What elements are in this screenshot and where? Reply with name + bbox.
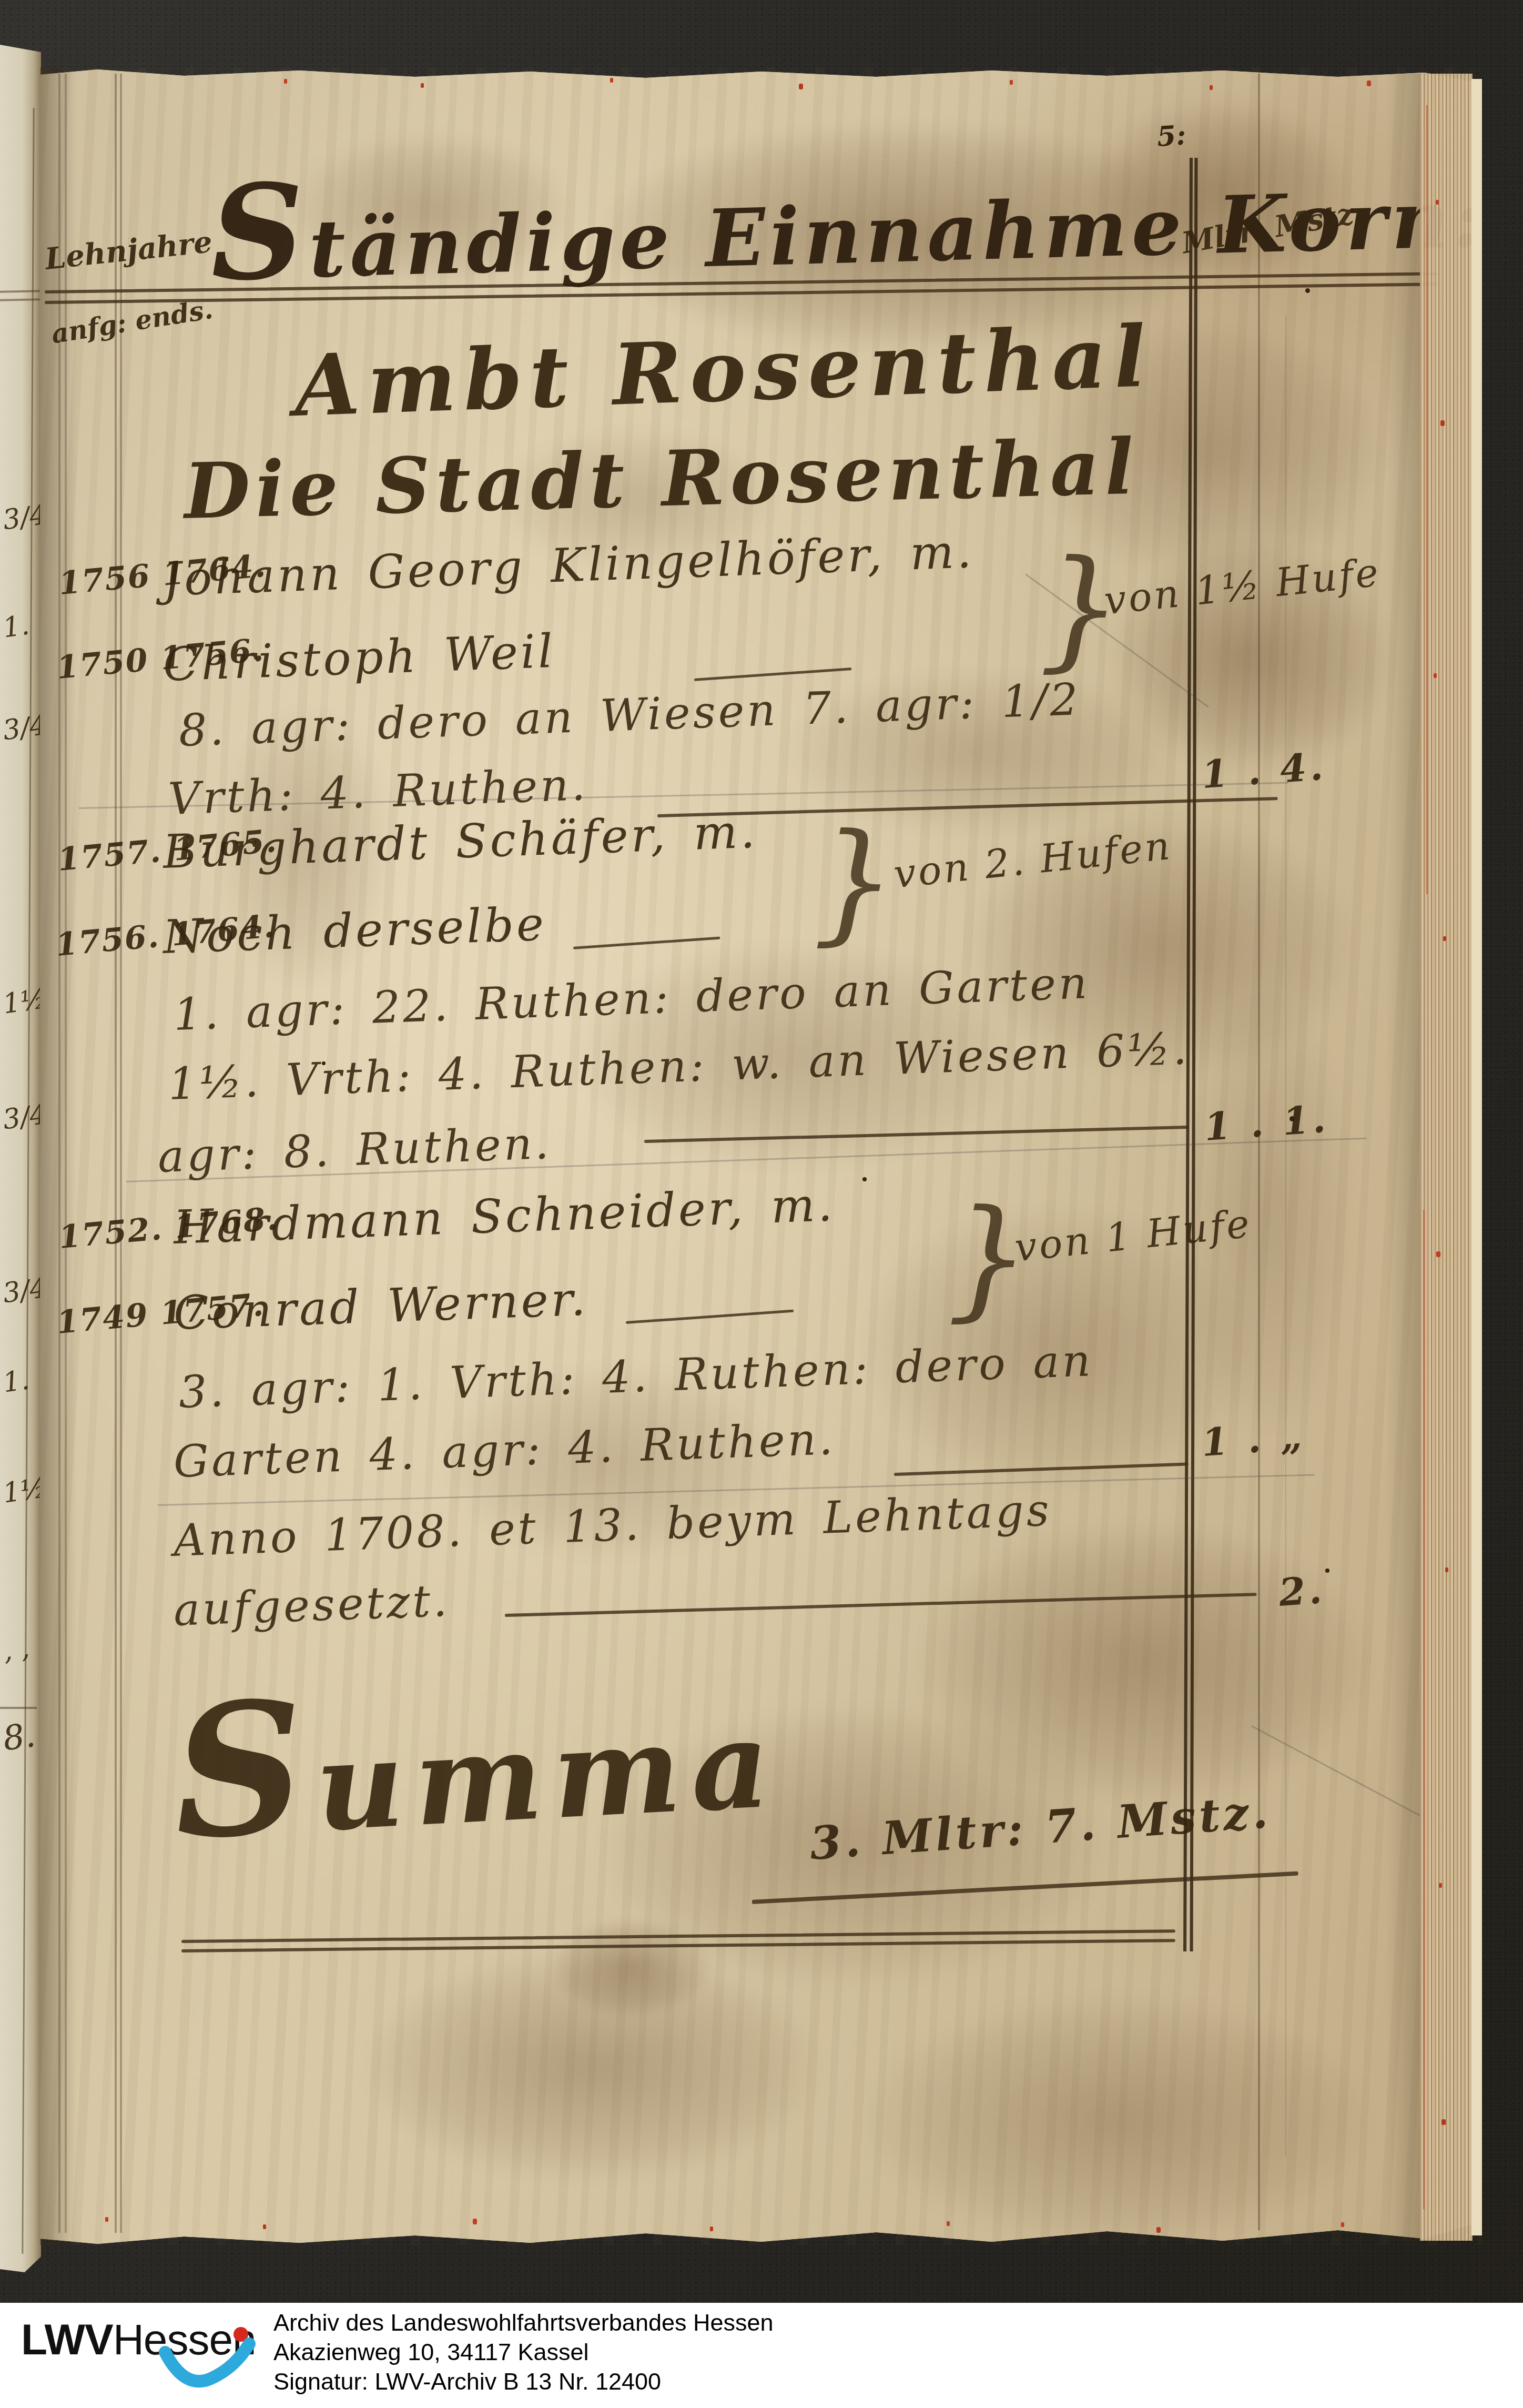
ink-dot <box>1290 1116 1295 1121</box>
archive-signature: Signatur: LWV-Archiv B 13 Nr. 12400 <box>273 2367 774 2396</box>
page-curl-shadow <box>1386 74 1423 2241</box>
margin-rule <box>0 1707 37 1709</box>
scanned-archive-photo: { "page": { "folio": "5:", "header": { "… <box>0 0 1523 2408</box>
margin-fraction: 3/4. <box>1 500 42 537</box>
margin-fraction: 1. <box>1 1363 42 1399</box>
margin-fraction: ‚ ‚ <box>1 1631 42 1667</box>
entry-amount: 1 . 4. <box>1200 744 1327 797</box>
margin-fraction: 1½. <box>1 984 42 1020</box>
margin-fraction: 8. <box>1 1715 43 1759</box>
adjacent-page-edge <box>0 45 41 2272</box>
ink-dot <box>1325 1569 1329 1573</box>
ruled-line-vertical <box>58 74 60 2233</box>
logo-swoosh-icon <box>156 2338 261 2395</box>
entry-amount: 1 . „ <box>1200 1413 1306 1465</box>
ruled-line-vertical <box>115 74 117 2233</box>
archive-address-block: Archiv des Landeswohlfahrtsverbandes Hes… <box>273 2308 774 2396</box>
red-edge-tint <box>1426 105 1428 894</box>
brace: } <box>813 805 896 958</box>
margin-fraction: 1½. <box>1 1473 42 1510</box>
column-line <box>1258 74 1260 2230</box>
archive-street: Akazienweg 10, 34117 Kassel <box>273 2338 774 2367</box>
red-speckles-top <box>284 79 287 84</box>
ruled-line-vertical <box>120 74 122 2233</box>
entry-amount: 2. <box>1277 1567 1326 1615</box>
red-speckles-bottom <box>105 2217 108 2222</box>
red-speckles-right <box>1436 200 1439 205</box>
fore-edge-highlight <box>1471 79 1482 2235</box>
margin-fraction: 3/4. <box>1 711 42 747</box>
margin-fraction: 3/4. <box>1 1273 42 1310</box>
fore-edge-pages <box>1420 74 1473 2241</box>
red-edge-tint <box>1423 1210 1425 2209</box>
margin-fraction: 1. <box>1 608 42 644</box>
ink-dot <box>1305 288 1310 293</box>
ruled-line-vertical <box>65 74 67 2233</box>
archive-footer: LWVHessen Archiv des Landeswohlfahrtsver… <box>0 2303 1523 2408</box>
margin-fraction: 3/4. <box>1 1100 42 1136</box>
summa-label: Summa <box>168 1636 784 1880</box>
ink-dot <box>862 1177 867 1181</box>
page-crease <box>22 108 34 2254</box>
entry-detail: aufgesetzt. <box>172 1575 450 1636</box>
logo-lwv: LWV <box>21 2316 113 2364</box>
archive-name: Archiv des Landeswohlfahrtsverbandes Hes… <box>273 2308 774 2338</box>
ink-dot <box>322 1061 326 1065</box>
